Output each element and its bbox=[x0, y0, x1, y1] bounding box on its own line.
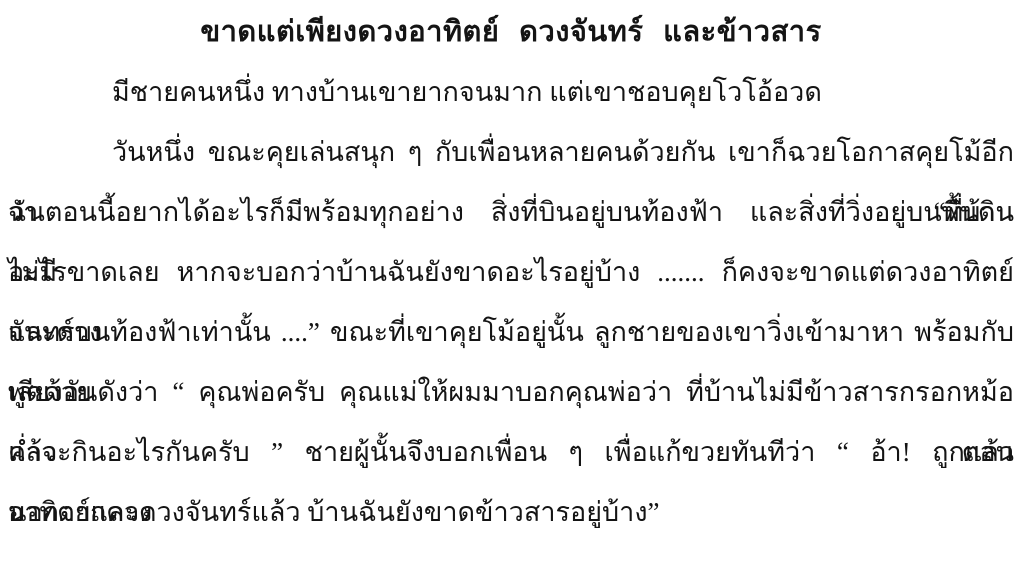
text-line: เสียงอันดังว่า “ คุณพ่อครับ คุณแม่ให้ผมม… bbox=[8, 362, 1014, 422]
text-line: ค่ำจะกินอะไรกันครับ ” ชายผู้นั้นจึงบอกเพ… bbox=[8, 422, 1014, 482]
document-page: ขาดแต่เพียงดวงอาทิตย์ ดวงจันทร์ และข้าวส… bbox=[0, 0, 1024, 566]
text-line: อะไรขาดเลย หากจะบอกว่าบ้านฉันยังขาดอะไรอ… bbox=[8, 242, 1014, 302]
text-line: อาทิตย์และดวงจันทร์แล้ว บ้านฉันยังขาดข้า… bbox=[8, 482, 1014, 542]
text-line: ฉันตอนนี้อยากได้อะไรก็มีพร้อมทุกอย่าง สิ… bbox=[8, 182, 1014, 242]
text-line: มีชายคนหนึ่ง ทางบ้านเขายากจนมาก แต่เขาชอ… bbox=[8, 62, 1014, 122]
text-line: จันทร์บนท้องฟ้าเท่านั้น ....” ขณะที่เขาค… bbox=[8, 302, 1014, 362]
page-title: ขาดแต่เพียงดวงอาทิตย์ ดวงจันทร์ และข้าวส… bbox=[8, 6, 1014, 58]
text-line: วันหนึ่ง ขณะคุยเล่นสนุก ๆ กับเพื่อนหลายค… bbox=[8, 122, 1014, 182]
document-body: มีชายคนหนึ่ง ทางบ้านเขายากจนมาก แต่เขาชอ… bbox=[8, 62, 1014, 542]
